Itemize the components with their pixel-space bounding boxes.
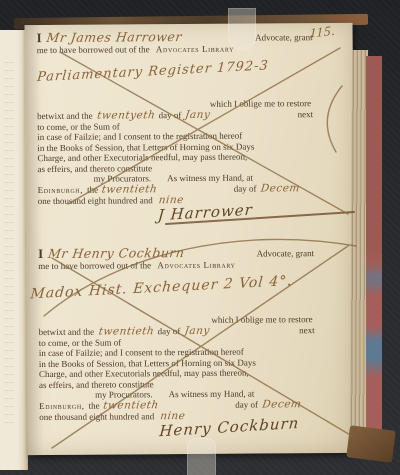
spacer: [158, 192, 234, 193]
entry1-book-line: Parliamentary Register 1792-3: [37, 59, 313, 83]
printed-betwixt: betwixt and the: [37, 111, 93, 121]
entry2-betwixt-line: betwixt and the twentieth day of Jany ne…: [39, 325, 315, 337]
entry1-borrower-name: Mr James Harrower: [46, 32, 183, 43]
entry1-name-line: I Mr James Harrower Advocate, grant: [37, 31, 313, 44]
spacer: [210, 333, 300, 334]
printed-next: next: [298, 109, 314, 119]
entry1-oblige-line: which I oblige me to restore: [37, 98, 313, 110]
entry1-due-day: twentyeth: [96, 111, 155, 120]
entry1-betwixt-line: betwixt and the twentyeth day of Jany ne…: [37, 109, 313, 121]
page-holder-tab-bottom: [187, 438, 216, 475]
entry1-borrowed-line: me to have borrowed out of the Advocates…: [37, 43, 313, 55]
entry1-due-month: Jany: [185, 111, 211, 120]
printed-pronoun: I: [37, 33, 42, 43]
facing-page-edge: [0, 30, 28, 470]
spacer: [159, 408, 235, 409]
entry2-book-line: Madox Hist. Exchequer 2 Vol 4°.: [30, 275, 314, 300]
printed-procurators: my Procurators.: [94, 173, 152, 183]
page-content: 115. I Mr James Harrower Advocate, grant…: [25, 23, 356, 455]
register-page: 115. I Mr James Harrower Advocate, grant…: [25, 23, 356, 455]
entry2-signature-text: Henry Cockburn: [159, 418, 300, 436]
entry1-signed-day: twentieth: [101, 185, 158, 194]
printed-library-name: Advocates Library: [156, 44, 234, 55]
entry2-due-day: twentieth: [98, 327, 155, 336]
printed-day-of: day of: [159, 110, 182, 120]
borrow-entry-2: I Mr Henry Cockburn Advocate, grant me t…: [38, 247, 314, 249]
printed-the: the: [89, 401, 100, 411]
printed-day-of: day of: [158, 326, 181, 336]
printed-advocate-grant: Advocate, grant: [255, 32, 313, 42]
printed-edinburgh: Edinburgh,: [38, 185, 83, 195]
entry2-borrower-name: Mr Henry Cockburn: [47, 248, 185, 259]
entry2-book-title: Madox Hist. Exchequer 2 Vol 4°.: [30, 276, 293, 299]
printed-next: next: [299, 325, 315, 335]
printed-witness: As witness my Hand, at: [169, 389, 255, 400]
printed-day-of: day of: [235, 400, 258, 410]
folio-number: 115.: [310, 26, 337, 39]
entry2-borrowed-line: me to have borrowed out of the Advocates…: [38, 259, 314, 271]
entry2-due-month: Jany: [184, 327, 210, 336]
borrow-entry-1: I Mr James Harrower Advocate, grant me t…: [37, 31, 313, 33]
entry1-book-title: Parliamentary Register 1792-3: [37, 61, 270, 83]
entry2-signed-month: Decem: [261, 400, 301, 409]
printed-procurators: my Procurators.: [95, 389, 153, 399]
entry1-signed-month: Decem: [260, 184, 300, 193]
printed-betwixt: betwixt and the: [39, 327, 95, 337]
book-corner: [346, 425, 396, 462]
spacer: [211, 117, 298, 118]
entry2-signed-day: twentieth: [103, 401, 160, 410]
printed-edinburgh: Edinburgh,: [39, 401, 84, 411]
printed-witness: As witness my Hand, at: [167, 173, 253, 184]
printed-day-of: day of: [234, 184, 257, 194]
printed-pronoun: I: [38, 249, 43, 259]
photo-of-borrowing-register: 115. I Mr James Harrower Advocate, grant…: [0, 0, 400, 475]
printed-advocate-grant: Advocate, grant: [257, 248, 315, 258]
printed-borrowed-prefix: me to have borrowed out of the: [37, 44, 150, 55]
marbled-board-edge: [366, 56, 382, 456]
entry1-signature-text: J Harrower: [158, 205, 254, 221]
printed-year-line: one thousand eight hundred and: [39, 411, 154, 422]
printed-the: the: [87, 185, 98, 195]
printed-library-name: Advocates Library: [157, 260, 235, 271]
printed-borrowed-prefix: me to have borrowed out of the: [38, 260, 151, 271]
entry2-name-line: I Mr Henry Cockburn Advocate, grant: [38, 247, 314, 260]
page-holder-tab-top: [228, 8, 256, 50]
entry2-oblige-line: which I oblige me to restore: [39, 314, 315, 326]
printed-year-line: one thousand eight hundred and: [38, 195, 153, 206]
